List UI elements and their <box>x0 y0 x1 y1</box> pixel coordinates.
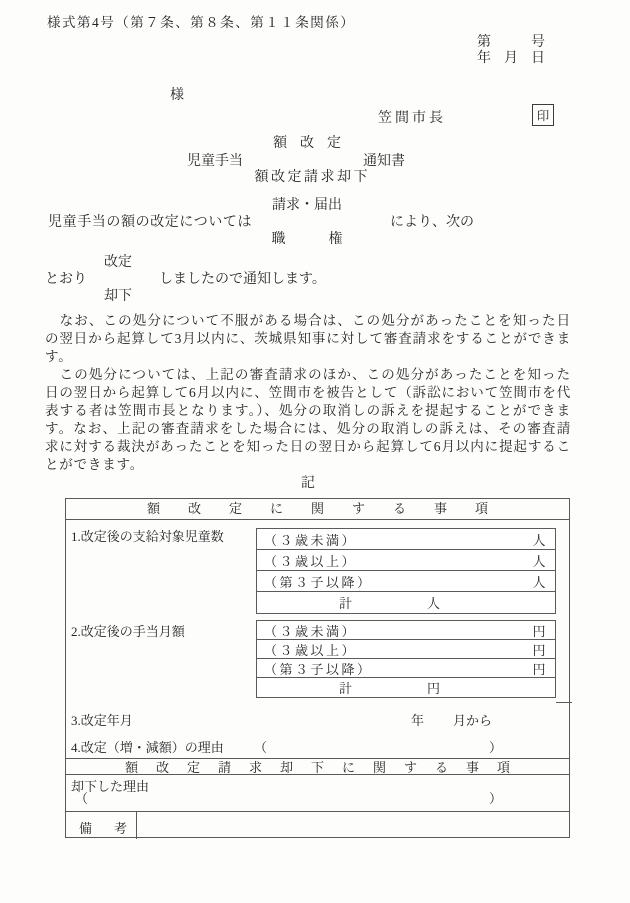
rejection-paren-close: ） <box>489 791 502 806</box>
lead-option-revised: 改定 <box>104 255 132 271</box>
issuer-name: 笠間市長 <box>378 111 446 127</box>
title-right: 通知書 <box>363 154 405 170</box>
date-day-label: 日 <box>531 51 545 67</box>
row-label: （３歳以上） <box>264 640 357 659</box>
title-option-amount-revision: 額改定 <box>252 136 362 152</box>
document-number-line: 第 号 <box>477 35 545 51</box>
seal-box: 印 <box>532 104 554 126</box>
table-row: （３歳未満） 人 <box>257 529 555 550</box>
rejection-paren-open: （ <box>75 791 88 806</box>
item3-month-from-label: 月から <box>453 713 492 728</box>
item4-paren-close: ） <box>489 740 502 755</box>
item1-label: 1.改定後の支給対象児童数 <box>71 529 224 544</box>
title-left: 児童手当 <box>187 154 243 170</box>
body-paragraph-1: なお、この処分について不服がある場合は、この処分があったことを知った日の翌日から… <box>45 312 571 366</box>
seal-stamp-icon: 印 <box>537 106 550 124</box>
total-unit: 円 <box>427 678 443 697</box>
table-row: （３歳以上） 円 <box>257 640 555 659</box>
amount-revision-table: 額改定に関する事項 1.改定後の支給対象児童数 （３歳未満） 人 （３歳以上） … <box>65 498 570 838</box>
row-label: （３歳未満） <box>264 530 357 549</box>
margin-tick-mark <box>556 702 572 703</box>
row-unit: 円 <box>532 621 548 640</box>
section1-header: 額改定に関する事項 <box>66 499 569 520</box>
table-row: （３歳未満） 円 <box>257 621 555 640</box>
date-line: 年 月 日 <box>477 51 545 67</box>
lead-line1-right: により、次の <box>390 215 474 231</box>
row-unit: 円 <box>532 659 548 678</box>
table-row: （３歳以上） 人 <box>257 550 555 571</box>
row-label: （３歳未満） <box>264 621 357 640</box>
lead-option-rejected: 却下 <box>104 289 132 305</box>
lead-line2-right: しましたので通知します。 <box>159 272 326 288</box>
total-label: 計 <box>339 678 355 697</box>
lead-line2-left: とおり <box>45 272 87 288</box>
remarks-label: 備考 <box>79 818 149 837</box>
total-row: 計 円 <box>257 678 555 697</box>
ki-label: 記 <box>45 472 571 492</box>
item4-label: 4.改定（増・減額）の理由 <box>71 740 224 755</box>
row-label: （第３子以降） <box>264 572 373 591</box>
doc-number-prefix: 第 <box>477 35 491 51</box>
appeal-notice-paragraphs: なお、この処分について不服がある場合は、この処分があったことを知った日の翌日から… <box>45 312 571 474</box>
title-option-rejection: 額改定請求却下 <box>252 170 362 186</box>
row-label: （３歳以上） <box>264 551 357 570</box>
table-row: （第３子以降） 人 <box>257 571 555 592</box>
item4-paren-open: （ <box>254 740 267 755</box>
date-year-label: 年 <box>477 51 491 67</box>
doc-number-suffix: 号 <box>531 35 545 51</box>
row-unit: 人 <box>532 551 548 570</box>
lead-option-authority: 職 権 <box>252 232 362 248</box>
row-unit: 円 <box>532 640 548 659</box>
lead-line1-left: 児童手当の額の改定については <box>48 215 252 231</box>
total-unit: 人 <box>427 593 443 612</box>
child-count-subtable: （３歳未満） 人 （３歳以上） 人 （第３子以降） 人 計 人 <box>256 528 556 614</box>
row-unit: 人 <box>532 572 548 591</box>
item3-label: 3.改定年月 <box>71 713 133 728</box>
form-number: 様式第4号（第７条、第８条、第１１条関係） <box>47 15 355 30</box>
lead-option-request: 請求・届出 <box>252 198 362 214</box>
remarks-row: 備考 <box>66 811 569 838</box>
section2-header: 額改定請求却下に関する事項 <box>66 758 569 775</box>
total-label: 計 <box>339 593 355 612</box>
total-row: 計 人 <box>257 592 555 613</box>
date-month-label: 月 <box>504 51 518 67</box>
item2-label: 2.改定後の手当月額 <box>71 624 185 639</box>
row-unit: 人 <box>532 530 548 549</box>
item3-year-label: 年 <box>411 713 424 728</box>
addressee-suffix: 様 <box>170 88 184 104</box>
table-row: （第３子以降） 円 <box>257 659 555 678</box>
row-label: （第３子以降） <box>264 659 373 678</box>
form-page: 様式第4号（第７条、第８条、第１１条関係） 第 号 年 月 日 様 笠間市長 印… <box>0 0 630 903</box>
body-paragraph-2: この処分については、上記の審査請求のほか、この処分があったことを知った日の翌日か… <box>45 366 571 474</box>
monthly-amount-subtable: （３歳未満） 円 （３歳以上） 円 （第３子以降） 円 計 円 <box>256 620 556 698</box>
